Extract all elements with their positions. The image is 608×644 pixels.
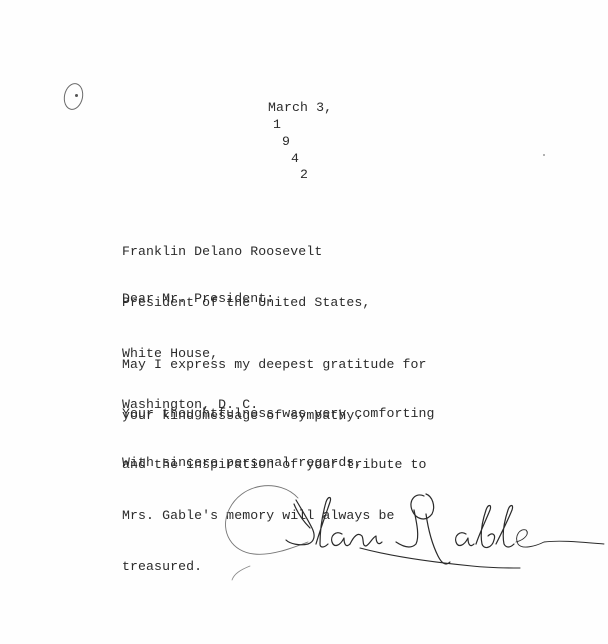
recipient-name: Franklin Delano Roosevelt [122, 243, 370, 260]
handwritten-signature [220, 470, 605, 610]
paper-speck [543, 154, 545, 156]
closing: With sincere personal regards, [122, 454, 362, 471]
date-year-digit: 1 [273, 116, 281, 133]
letter-page: March 3, 1 9 4 2 Franklin Delano Rooseve… [0, 0, 608, 644]
date-year-digit: 9 [282, 133, 290, 150]
salutation: Dear Mr. President: [122, 290, 274, 307]
circled-dot-mark-icon [61, 81, 85, 111]
date-year-digit: 2 [300, 166, 308, 183]
body-line: Your thoughtfulness was very comforting [122, 405, 435, 422]
date-month-day: March 3, [268, 99, 332, 116]
circle-center-dot-icon [75, 94, 78, 97]
date-year-digit: 4 [291, 150, 299, 167]
